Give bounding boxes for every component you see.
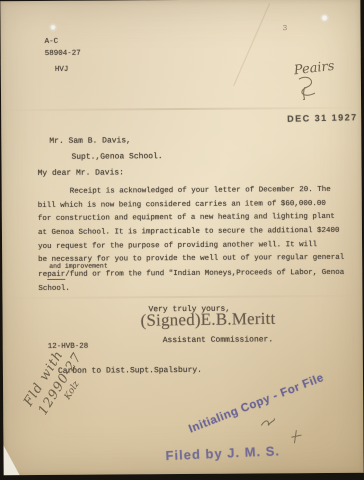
body-line: Receipt is acknowledged of your letter o… <box>70 185 331 197</box>
signature-stamp: (Signed)E.B.Meritt <box>140 309 275 331</box>
paper-crease <box>233 3 271 86</box>
body-line: School. <box>38 284 70 294</box>
paper-tear-corner <box>3 445 19 475</box>
punch-hole-right <box>320 14 328 22</box>
letter-paper: A-C 58904-27 HVJ 3 Peairs DEC 31 1927 Mr… <box>0 0 363 475</box>
body-line: you request for the purpose of providing… <box>38 240 317 252</box>
paper-crease <box>2 295 362 300</box>
file-code-line2: 58904-27 <box>45 49 81 59</box>
recipient-title: Supt.,Genoa School. <box>71 152 162 163</box>
pencil-check-mark <box>259 415 277 429</box>
initialing-copy-stamp: Initialing Copy - For File <box>187 372 325 436</box>
body-line: for construction and equipment of a new … <box>38 212 335 224</box>
typist-initials: HVJ <box>55 65 69 75</box>
pencil-filing-note: Fld with 12990-27 Kolz <box>21 341 94 423</box>
body-line: at Genoa School. It is impracticable to … <box>38 226 340 238</box>
body-line: bill which is now being considered carri… <box>38 199 326 211</box>
paper-crease <box>1 107 361 112</box>
scanned-letter-screenshot: A-C 58904-27 HVJ 3 Peairs DEC 31 1927 Mr… <box>0 0 364 480</box>
pencil-tick-mark <box>289 429 303 445</box>
page-number: 3 <box>283 24 288 33</box>
file-code-line1: A-C <box>45 37 59 47</box>
date-received-stamp: DEC 31 1927 <box>287 112 358 124</box>
filed-by-stamp: Filed by J. M. S. <box>165 443 280 463</box>
handwriting-flourish <box>293 75 333 101</box>
body-line: repair/fund or from the fund "Indian Mon… <box>38 268 344 280</box>
punch-hole-left <box>50 24 57 31</box>
signature-title: Assistant Commissioner. <box>163 335 273 346</box>
salutation: My dear Mr. Davis: <box>38 168 124 179</box>
recipient-name: Mr. Sam B. Davis, <box>49 136 131 147</box>
insertion-caret-mark <box>47 279 65 280</box>
